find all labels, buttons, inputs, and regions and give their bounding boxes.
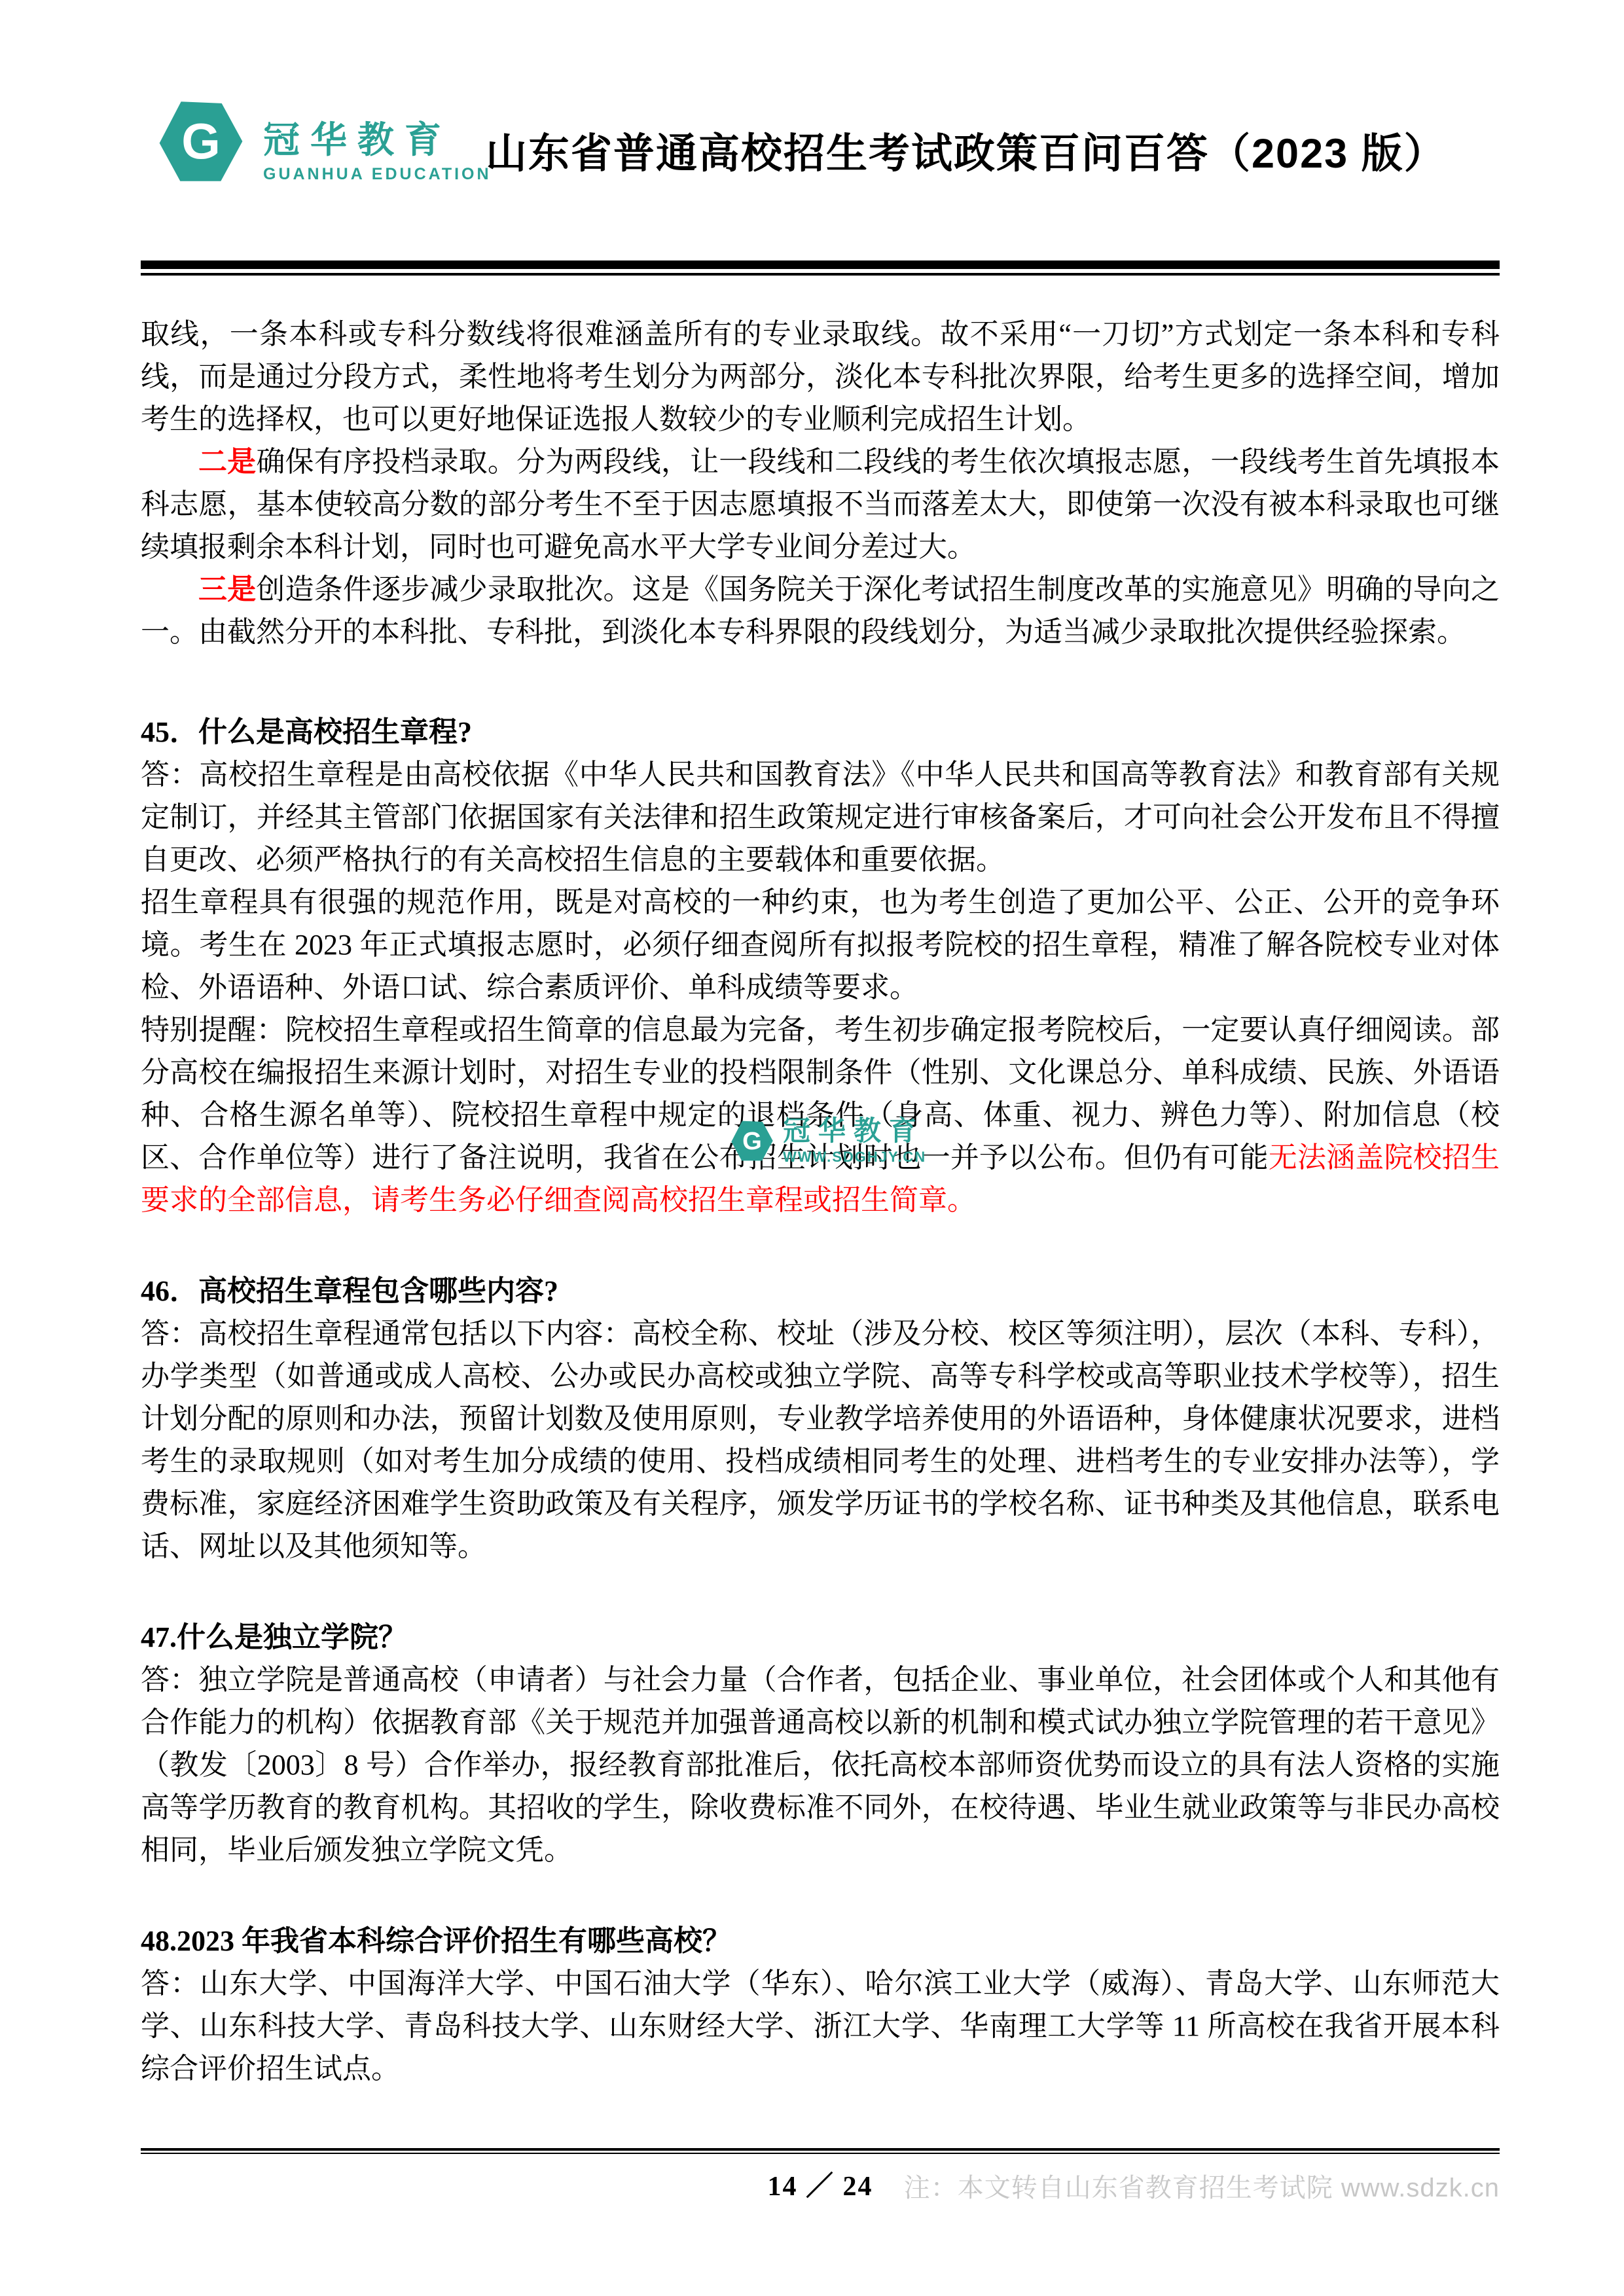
answer-text: 答：高校招生章程通常包括以下内容：高校全称、校址（涉及分校、校区等须注明），层次… (141, 1318, 1500, 1562)
qa-question-48: 48.2023 年我省本科综合评价招生有哪些高校？ (141, 1920, 1500, 1962)
qa-answer-paragraph: 答：独立学院是普通高校（申请者）与社会力量（合作者，包括企业、事业单位，社会团体… (141, 1659, 1500, 1871)
footer-rule (141, 2148, 1500, 2154)
intro-paragraph-continuation: 取线，一条本科或专科分数线将很难涵盖所有的专业录取线。故不采用“一刀切”方式划定… (141, 313, 1500, 440)
document-page: G 冠华教育 GUANHUA EDUCATION 山东省普通高校招生考试政策百问… (0, 0, 1624, 2296)
qa-answer-paragraph: 答：高校招生章程通常包括以下内容：高校全称、校址（涉及分校、校区等须注明），层次… (141, 1312, 1500, 1568)
intro-paragraph-second: 二是确保有序投档录取。分为两段线，让一段线和二段线的考生依次填报志愿，一段线考生… (141, 440, 1500, 568)
guanhua-logo: G 冠华教育 GUANHUA EDUCATION (156, 98, 492, 185)
watermark-url-text: WWW.SDGHJY.CN (783, 1150, 926, 1164)
page-title: 山东省普通高校招生考试政策百问百答（2023 版） (486, 120, 1447, 180)
header-rule-thick-line (141, 260, 1500, 269)
qa-block-46: 46．高校招生章程包含哪些内容? 答：高校招生章程通常包括以下内容：高校全称、校… (141, 1270, 1500, 1568)
intro-paragraph-text: 创造条件逐步减少录取批次。这是《国务院关于深化考试招生制度改革的实施意见》明确的… (141, 573, 1500, 648)
qa-question-45: 45．什么是高校招生章程? (141, 711, 1500, 753)
page-footer: 14 ／ 24 注：本文转自山东省教育招生考试院 www.sdzk.cn (141, 2148, 1500, 2200)
intro-paragraph-third: 三是创造条件逐步减少录取批次。这是《国务院关于深化考试招生制度改革的实施意见》明… (141, 568, 1500, 653)
answer-text: 招生章程具有很强的规范作用，既是对高校的一种约束，也为考生创造了更加公平、公正、… (141, 886, 1500, 1003)
red-lead-sanshi: 三是 (198, 573, 256, 605)
footer-row: 14 ／ 24 注：本文转自山东省教育招生考试院 www.sdzk.cn (141, 2164, 1500, 2200)
footer-note: 注：本文转自山东省教育招生考试院 www.sdzk.cn (904, 2167, 1500, 2204)
qa-answer-paragraph: 答：山东大学、中国海洋大学、中国石油大学（华东）、哈尔滨工业大学（威海）、青岛大… (141, 1962, 1500, 2090)
intro-paragraph-text: 确保有序投档录取。分为两段线，让一段线和二段线的考生依次填报志愿，一段线考生首先… (141, 446, 1500, 563)
logo-hexagon-icon: G (156, 98, 246, 185)
watermark: G 冠华教育 WWW.SDGHJY.CN (731, 1117, 926, 1165)
qa-question-46: 46．高校招生章程包含哪些内容? (141, 1270, 1500, 1312)
watermark-cn-text: 冠华教育 (783, 1117, 926, 1145)
svg-text:G: G (742, 1127, 762, 1155)
watermark-text: 冠华教育 WWW.SDGHJY.CN (783, 1117, 926, 1164)
intro-paragraph-text: 取线，一条本科或专科分数线将很难涵盖所有的专业录取线。故不采用“一刀切”方式划定… (141, 318, 1500, 435)
qa-block-48: 48.2023 年我省本科综合评价招生有哪些高校？ 答：山东大学、中国海洋大学、… (141, 1920, 1500, 2090)
qa-question-47: 47.什么是独立学院？ (141, 1616, 1500, 1659)
answer-text: 答：独立学院是普通高校（申请者）与社会力量（合作者，包括企业、事业单位，社会团体… (141, 1664, 1500, 1866)
qa-answer-paragraph: 答：高校招生章程是由高校依据《中华人民共和国教育法》《中华人民共和国高等教育法》… (141, 753, 1500, 881)
logo-cn-text: 冠华教育 (263, 122, 492, 158)
logo-en-text: GUANHUA EDUCATION (263, 166, 492, 183)
logo-text: 冠华教育 GUANHUA EDUCATION (263, 122, 492, 183)
header-rule (141, 260, 1500, 276)
answer-text: 答：高校招生章程是由高校依据《中华人民共和国教育法》《中华人民共和国高等教育法》… (141, 759, 1500, 876)
watermark-hexagon-icon: G (731, 1117, 774, 1165)
answer-text: 答：山东大学、中国海洋大学、中国石油大学（华东）、哈尔滨工业大学（威海）、青岛大… (141, 1967, 1500, 2085)
svg-text:G: G (181, 114, 221, 170)
qa-answer-paragraph: 招生章程具有很强的规范作用，既是对高校的一种约束，也为考生创造了更加公平、公正、… (141, 881, 1500, 1009)
qa-block-47: 47.什么是独立学院？ 答：独立学院是普通高校（申请者）与社会力量（合作者，包括… (141, 1616, 1500, 1871)
footer-rule-thin-line (141, 2153, 1500, 2154)
red-lead-erhshi: 二是 (198, 446, 256, 478)
document-body: 取线，一条本科或专科分数线将很难涵盖所有的专业录取线。故不采用“一刀切”方式划定… (141, 313, 1500, 2090)
header-rule-thin-line (141, 273, 1500, 276)
